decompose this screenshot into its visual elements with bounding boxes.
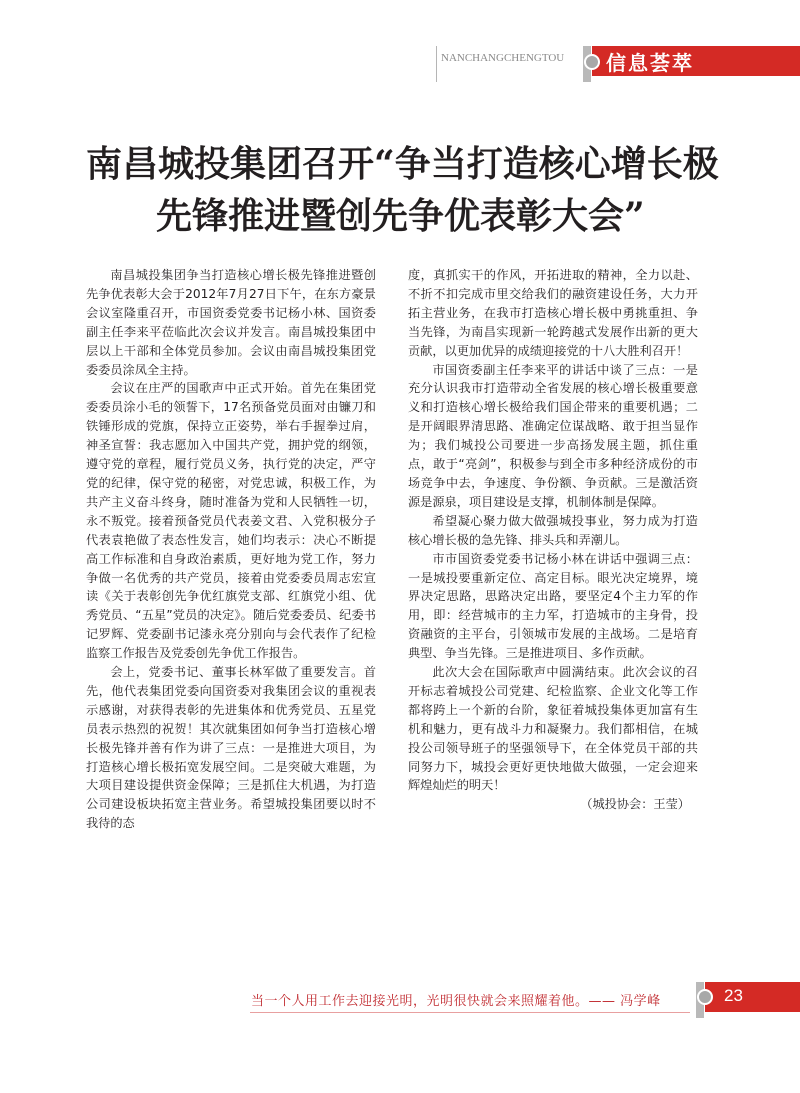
paragraph: 此次大会在国际歌声中圆满结束。此次会议的召开标志着城投公司党建、纪检监察、企业文… xyxy=(408,663,698,795)
paragraph: 会上，党委书记、董事长林军做了重要发言。首先，他代表集团党委向国资委对我集团会议… xyxy=(86,663,376,833)
section-title: 信息荟萃 xyxy=(606,47,694,76)
article-signature: （城投协会：王莹） xyxy=(408,795,698,814)
header-brand: NANCHANGCHENGTOU xyxy=(441,52,564,64)
header-circle-icon xyxy=(584,54,600,70)
header-divider xyxy=(436,46,437,82)
footer-circle-icon xyxy=(697,989,713,1005)
article-title-line1: 南昌城投集团召开“争当打造核心增长极 xyxy=(86,136,719,187)
page-number: 23 xyxy=(724,986,743,1006)
article-title-line2: 先锋推进暨创先争优表彰大会” xyxy=(156,188,645,239)
article-column-right: 度，真抓实干的作风，开拓进取的精神，全力以赴、不折不扣完成市里交给我们的融资建设… xyxy=(408,266,698,814)
paragraph: 市市国资委党委书记杨小林在讲话中强调三点：一是城投要重新定位、高定目标。眼光决定… xyxy=(408,550,698,663)
footer-rule xyxy=(250,1012,690,1013)
footer-quote: 当一个人用工作去迎接光明，光明很快就会来照耀着他。—— 冯学峰 xyxy=(251,990,661,1009)
footer-red-band xyxy=(705,982,800,1012)
paragraph-continued: 度，真抓实干的作风，开拓进取的精神，全力以赴、不折不扣完成市里交给我们的融资建设… xyxy=(408,266,698,361)
paragraph: 会议在庄严的国歌声中正式开始。首先在集团党委委员涂小毛的领誓下，17名预备党员面… xyxy=(86,379,376,663)
paragraph: 南昌城投集团争当打造核心增长极先锋推进暨创先争优表彰大会于2012年7月27日下… xyxy=(86,266,376,379)
paragraph: 市国资委副主任李来平的讲话中谈了三点：一是充分认识我市打造带动全省发展的核心增长… xyxy=(408,361,698,512)
article-column-left: 南昌城投集团争当打造核心增长极先锋推进暨创先争优表彰大会于2012年7月27日下… xyxy=(86,266,376,833)
paragraph: 希望凝心聚力做大做强城投事业，努力成为打造核心增长极的急先锋、排头兵和弄潮儿。 xyxy=(408,512,698,550)
